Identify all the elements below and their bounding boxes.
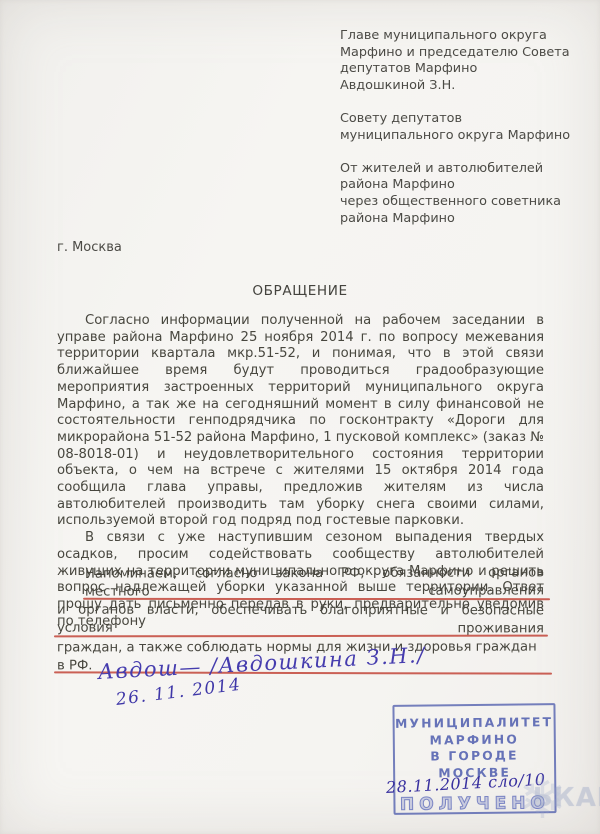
recipient-line: От жителей и автолюбителей (340, 161, 570, 178)
recipient-line: Авдошкиной З.Н. (340, 78, 570, 95)
recipient-line: Марфино и председателю Совета (340, 45, 570, 62)
underlined-line-text: Напоминаем, согласно закона РФ, обязанно… (85, 564, 544, 601)
received-stamp: МУНИЦИПАЛИТЕТ МАРФИНО В ГОРОДЕ МОСКВЕ ПО… (392, 703, 556, 815)
recipient-line: Главе муниципального округа (340, 28, 570, 45)
underlined-line-text: и органов власти, обеспечивать благоприя… (57, 602, 544, 639)
stamp-org-line: МАРФИНО (395, 731, 554, 749)
recipient-line: района Марфино (340, 177, 570, 194)
recipient-line-spacer (340, 144, 570, 161)
stamp-received-label: ПОЛУЧЕНО (395, 793, 554, 815)
underlined-line: и органов власти, обеспечивать благоприя… (57, 602, 544, 639)
stamp-org-line: МУНИЦИПАЛИТЕТ (395, 714, 554, 732)
underlined-line: Напоминаем, согласно закона РФ, обязанно… (85, 564, 544, 601)
handwritten-signature: Авдош— /Авдошкина З.Н./ 26. 11. 2014 (98, 660, 426, 710)
recipient-line: через общественного советника (340, 194, 570, 211)
recipient-line: Совету депутатов (340, 111, 570, 128)
document-page: Главе муниципального округа Марфино и пр… (0, 0, 600, 834)
recipient-line: муниципального округа Марфино (340, 128, 570, 145)
city-line: г. Москва (57, 240, 122, 255)
recipient-line: района Марфино (340, 211, 570, 228)
recipient-block: Главе муниципального округа Марфино и пр… (340, 28, 570, 227)
recipient-line-spacer (340, 94, 570, 111)
red-underline (83, 598, 550, 600)
document-title: ОБРАЩЕНИЕ (0, 283, 600, 299)
recipient-line: депутатов Марфино (340, 61, 570, 78)
paragraph-1: Согласно информации полученной на рабоче… (57, 313, 544, 530)
